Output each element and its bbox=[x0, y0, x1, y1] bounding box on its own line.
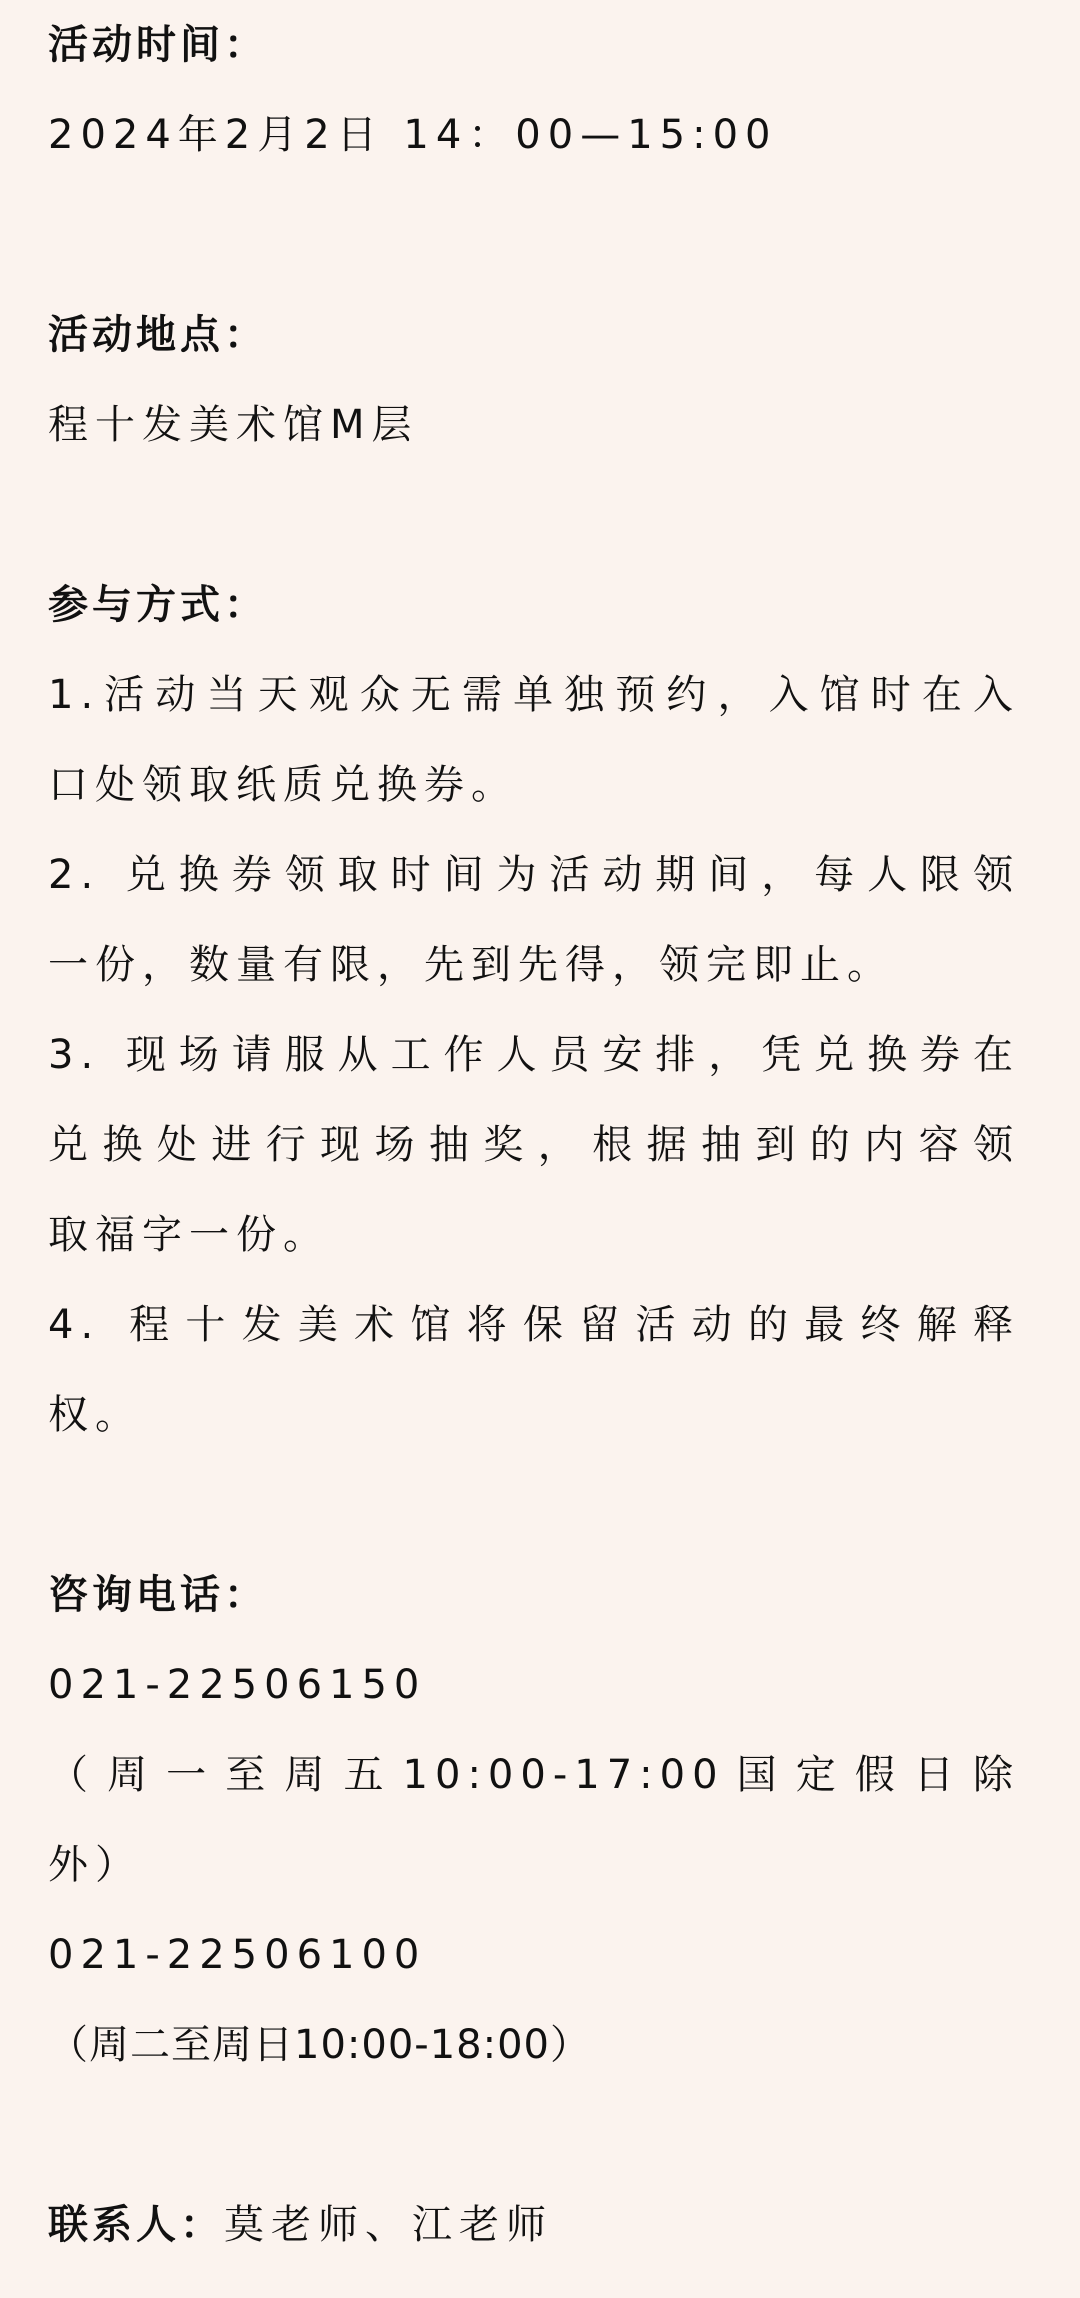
participation-line: 一份，数量有限，先到先得，领完即止。 bbox=[48, 920, 1020, 1010]
participation-line: 权。 bbox=[48, 1370, 1020, 1460]
participation-line: 口处领取纸质兑换券。 bbox=[48, 740, 1020, 830]
time-value: 2024年2月2日 14：00—15:00 bbox=[48, 90, 1020, 180]
phone-hours-1: （周一至周五10:00-17:00国定假日除 bbox=[48, 1730, 1020, 1820]
contact-value: 莫老师、江老师 bbox=[224, 2202, 553, 2248]
location-value: 程十发美术馆M层 bbox=[48, 380, 1020, 470]
participation-line: 兑换处进行现场抽奖，根据抽到的内容领 bbox=[48, 1100, 1020, 1190]
time-heading: 活动时间： bbox=[48, 0, 1020, 90]
event-info-document: 活动时间： 2024年2月2日 14：00—15:00 活动地点： 程十发美术馆… bbox=[0, 0, 1080, 2298]
contact-row: 联系人：莫老师、江老师 bbox=[48, 2180, 1020, 2270]
participation-heading: 参与方式： bbox=[48, 560, 1020, 650]
contact-heading: 联系人： bbox=[48, 2202, 224, 2248]
participation-line: 取福字一份。 bbox=[48, 1190, 1020, 1280]
phone-hours-1-cont: 外） bbox=[48, 1820, 1020, 1910]
phone-number-2[interactable]: 021-22506100 bbox=[48, 1910, 1020, 2000]
participation-line: 1.活动当天观众无需单独预约，入馆时在入 bbox=[48, 650, 1020, 740]
participation-line: 3. 现场请服从工作人员安排，凭兑换券在 bbox=[48, 1010, 1020, 1100]
phone-hours-2: （周二至周日10:00-18:00） bbox=[48, 2000, 1020, 2090]
consultation-heading: 咨询电话： bbox=[48, 1550, 1020, 1640]
phone-number-1[interactable]: 021-22506150 bbox=[48, 1640, 1020, 1730]
location-heading: 活动地点： bbox=[48, 290, 1020, 380]
participation-line: 4. 程十发美术馆将保留活动的最终解释 bbox=[48, 1280, 1020, 1370]
participation-line: 2. 兑换券领取时间为活动期间，每人限领 bbox=[48, 830, 1020, 920]
